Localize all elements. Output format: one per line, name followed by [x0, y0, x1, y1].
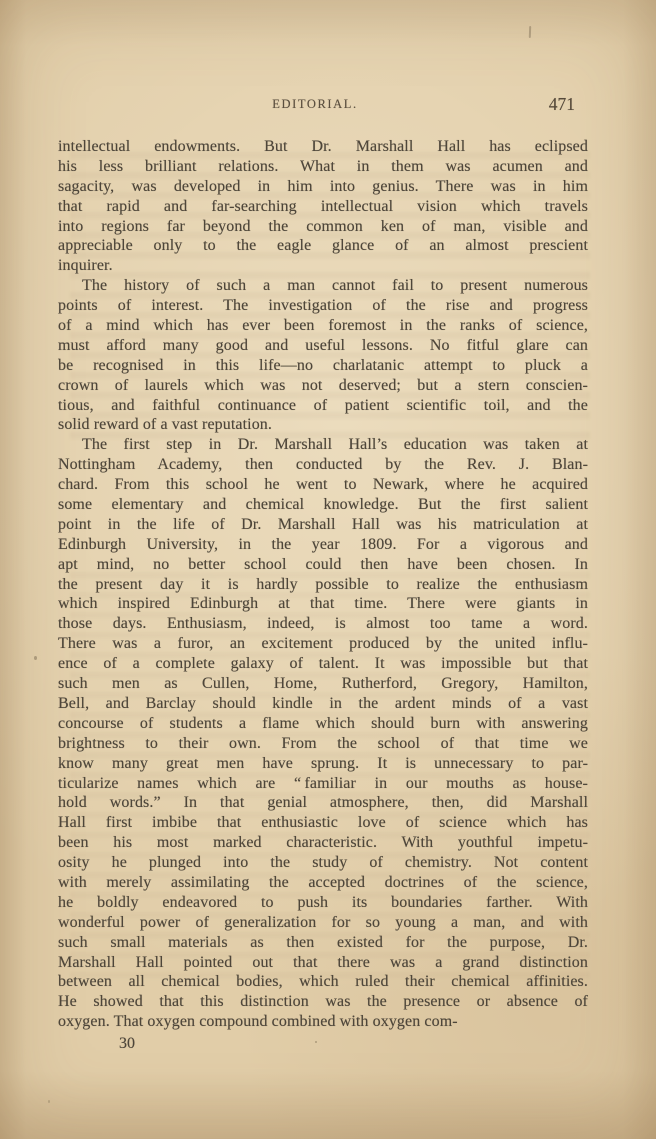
text-line: those days. Enthusiasm, indeed, is almos… [58, 614, 588, 634]
text-line: osity he plunged into the study of chemi… [58, 853, 588, 873]
text-line: hold words.” In that genial atmosphere, … [58, 793, 588, 813]
text-line: solid reward of a vast reputation. [58, 415, 588, 435]
text-line: Hall first imbibe that enthusiastic love… [58, 813, 588, 833]
text-line: concourse of students a flame which shou… [58, 714, 588, 734]
text-line: the present day it is hardly possible to… [58, 575, 588, 595]
text-line: tious, and faithful continuance of patie… [58, 396, 588, 416]
text-line: sagacity, was developed in him into geni… [58, 177, 588, 197]
text-line: with merely assimilating the accepted do… [58, 873, 588, 893]
text-line: Bell, and Barclay should kindle in the a… [58, 694, 588, 714]
text-line: into regions far beyond the common ken o… [58, 217, 588, 237]
text-line: brightness to their own. From the school… [58, 734, 588, 754]
text-line: crown of laurels which was not deserved;… [58, 376, 588, 396]
text-line: some elementary and chemical knowledge. … [58, 495, 588, 515]
text-line: ticularize names which are “ familiar in… [58, 774, 588, 794]
paper-speck [315, 1041, 317, 1043]
text-line: be recognised in this life—no charlatani… [58, 356, 588, 376]
text-line: intellectual endowments. But Dr. Marshal… [58, 137, 588, 157]
page-number: 471 [549, 95, 575, 114]
paper-speck [34, 656, 37, 660]
paper-speck [529, 26, 531, 38]
text-line: points of interest. The investigation of… [58, 296, 588, 316]
text-line: his less brilliant relations. What in th… [58, 157, 588, 177]
running-head-title: EDITORIAL. [58, 95, 572, 114]
text-line: He showed that this distinction was the … [58, 992, 588, 1012]
text-line: oxygen. That oxygen compound combined wi… [58, 1012, 588, 1032]
text-line: chard. From this school he went to Newar… [58, 475, 588, 495]
text-line: There was a furor, an excitement produce… [58, 634, 588, 654]
text-line: must afford many good and useful lessons… [58, 336, 588, 356]
text-line: of a mind which has ever been foremost i… [58, 316, 588, 336]
scanned-book-page: EDITORIAL. 471 intellectual endowments. … [0, 0, 656, 1139]
text-line: ence of a complete galaxy of talent. It … [58, 654, 588, 674]
text-line: which inspired Edinburgh at that time. T… [58, 594, 588, 614]
text-line: The history of such a man cannot fail to… [58, 276, 588, 296]
text-line: been his most marked characteristic. Wit… [58, 833, 588, 853]
text-line: between all chemical bodies, which ruled… [58, 972, 588, 992]
text-line: Nottingham Academy, then conducted by th… [58, 455, 588, 475]
text-line: such men as Cullen, Home, Rutherford, Gr… [58, 674, 588, 694]
text-line: know many great men have sprung. It is u… [58, 754, 588, 774]
text-line: point in the life of Dr. Marshall Hall w… [58, 515, 588, 535]
signature-mark: 30 [119, 1034, 135, 1054]
text-line: Edinburgh University, in the year 1809. … [58, 535, 588, 555]
text-line: appreciable only to the eagle glance of … [58, 236, 588, 256]
paper-speck [48, 1100, 50, 1103]
text-line: apt mind, no better school could then ha… [58, 555, 588, 575]
text-line: such small materials as then existed for… [58, 933, 588, 953]
running-head: EDITORIAL. 471 [58, 95, 588, 114]
text-lines: intellectual endowments. But Dr. Marshal… [58, 137, 588, 1032]
body-text-block: intellectual endowments. But Dr. Marshal… [58, 137, 588, 1032]
text-line: Marshall Hall pointed out that there was… [58, 953, 588, 973]
text-line: inquirer. [58, 256, 588, 276]
text-line: wonderful power of generalization for so… [58, 913, 588, 933]
text-line: he boldly endeavored to push its boundar… [58, 893, 588, 913]
text-line: The first step in Dr. Marshall Hall’s ed… [58, 435, 588, 455]
text-line: that rapid and far-searching intellectua… [58, 197, 588, 217]
